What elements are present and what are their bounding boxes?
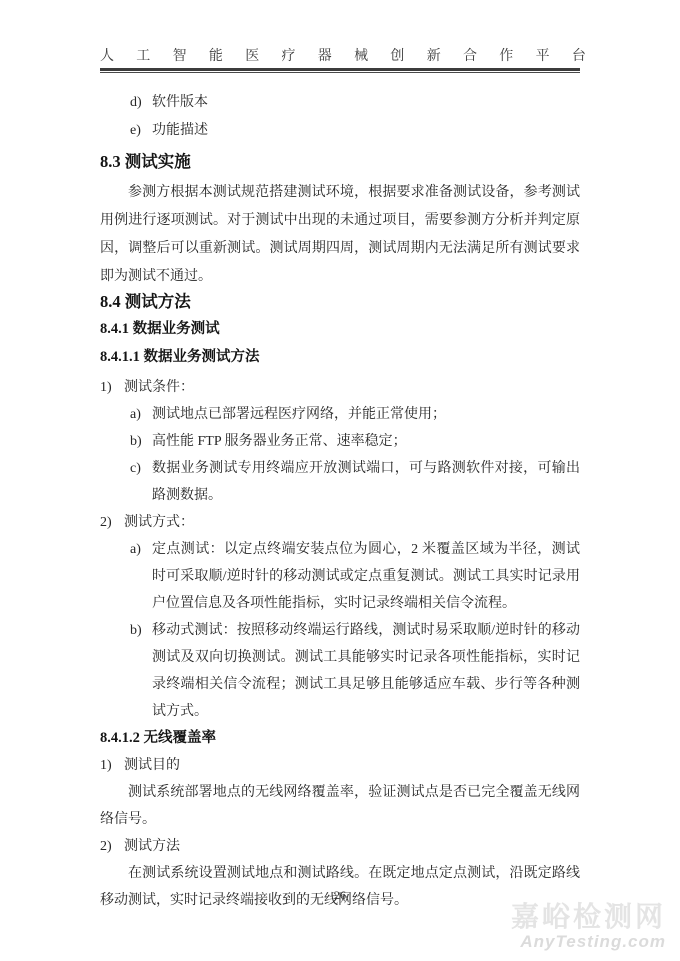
section-heading-8-3: 8.3 测试实施 xyxy=(100,151,580,173)
header-title: 人工智能医疗器械创新合作平台 xyxy=(100,48,602,66)
lettered-item: b) 移动式测试：按照移动终端运行路线，测试时易采取顺/逆时针的移动测试及双向切… xyxy=(130,617,580,725)
list-item: d) 软件版本 xyxy=(130,89,580,117)
lettered-item-label: a) xyxy=(130,536,152,617)
numbered-item-label: 2) xyxy=(100,509,124,536)
header-rule-thin xyxy=(100,72,580,73)
list-item-text: 软件版本 xyxy=(152,89,580,117)
lettered-item: b) 高性能 FTP 服务器业务正常、速率稳定； xyxy=(130,428,580,455)
document-page: 人工智能医疗器械创新合作平台 d) 软件版本 e) 功能描述 8.3 测试实施 … xyxy=(0,0,680,961)
lettered-item-text: 数据业务测试专用终端应开放测试端口，可与路测软件对接，可输出路测数据。 xyxy=(152,455,580,509)
lettered-item-text: 测试地点已部署远程医疗网络，并能正常使用； xyxy=(152,401,580,428)
lettered-item: c) 数据业务测试专用终端应开放测试端口，可与路测软件对接，可输出路测数据。 xyxy=(130,455,580,509)
section-8-3-paragraph: 参测方根据本测试规范搭建测试环境，根据要求准备测试设备，参考测试用例进行逐项测试… xyxy=(100,179,580,291)
numbered-item-purpose: 1) 测试目的 xyxy=(100,752,580,779)
numbered-item-text: 测试目的 xyxy=(124,752,580,779)
numbered-item-text: 测试方法 xyxy=(124,833,580,860)
numbered-item-modes: 2) 测试方式： xyxy=(100,509,580,536)
list-item-text: 功能描述 xyxy=(152,117,580,145)
lettered-item-text: 定点测试：以定点终端安装点位为圆心，2 米覆盖区域为半径，测试时可采取顺/逆时针… xyxy=(152,536,580,617)
header-rule-thick xyxy=(100,68,580,71)
page-header: 人工智能医疗器械创新合作平台 xyxy=(100,48,580,73)
intro-list: d) 软件版本 e) 功能描述 xyxy=(100,89,580,145)
numbered-item-method: 2) 测试方法 xyxy=(100,833,580,860)
section-heading-8-4-1: 8.4.1 数据业务测试 xyxy=(100,320,580,339)
list-item: e) 功能描述 xyxy=(130,117,580,145)
numbered-item-text: 测试条件： xyxy=(124,374,580,401)
lettered-item: a) 测试地点已部署远程医疗网络，并能正常使用； xyxy=(130,401,580,428)
lettered-item-label: c) xyxy=(130,455,152,509)
lettered-item-text: 移动式测试：按照移动终端运行路线，测试时易采取顺/逆时针的移动测试及双向切换测试… xyxy=(152,617,580,725)
numbered-item-label: 1) xyxy=(100,752,124,779)
section-heading-8-4: 8.4 测试方法 xyxy=(100,291,580,313)
list-item-label: e) xyxy=(130,117,152,145)
lettered-item-label: a) xyxy=(130,401,152,428)
watermark: 嘉峪检测网 AnyTesting.com xyxy=(511,901,666,951)
section-heading-8-4-1-2: 8.4.1.2 无线覆盖率 xyxy=(100,729,580,748)
lettered-item-label: b) xyxy=(130,428,152,455)
section-heading-8-4-1-1: 8.4.1.1 数据业务测试方法 xyxy=(100,348,580,367)
list-item-label: d) xyxy=(130,89,152,117)
lettered-item: a) 定点测试：以定点终端安装点位为圆心，2 米覆盖区域为半径，测试时可采取顺/… xyxy=(130,536,580,617)
watermark-chinese: 嘉峪检测网 xyxy=(511,901,666,933)
lettered-item-label: b) xyxy=(130,617,152,725)
watermark-english: AnyTesting.com xyxy=(511,933,666,951)
purpose-paragraph: 测试系统部署地点的无线网络覆盖率，验证测试点是否已完全覆盖无线网络信号。 xyxy=(100,779,580,833)
numbered-item-conditions: 1) 测试条件： xyxy=(100,374,580,401)
lettered-item-text: 高性能 FTP 服务器业务正常、速率稳定； xyxy=(152,428,580,455)
numbered-item-text: 测试方式： xyxy=(124,509,580,536)
numbered-item-label: 2) xyxy=(100,833,124,860)
numbered-item-label: 1) xyxy=(100,374,124,401)
method-paragraph: 在测试系统设置测试地点和测试路线。在既定地点定点测试，沿既定路线移动测试，实时记… xyxy=(100,860,580,914)
